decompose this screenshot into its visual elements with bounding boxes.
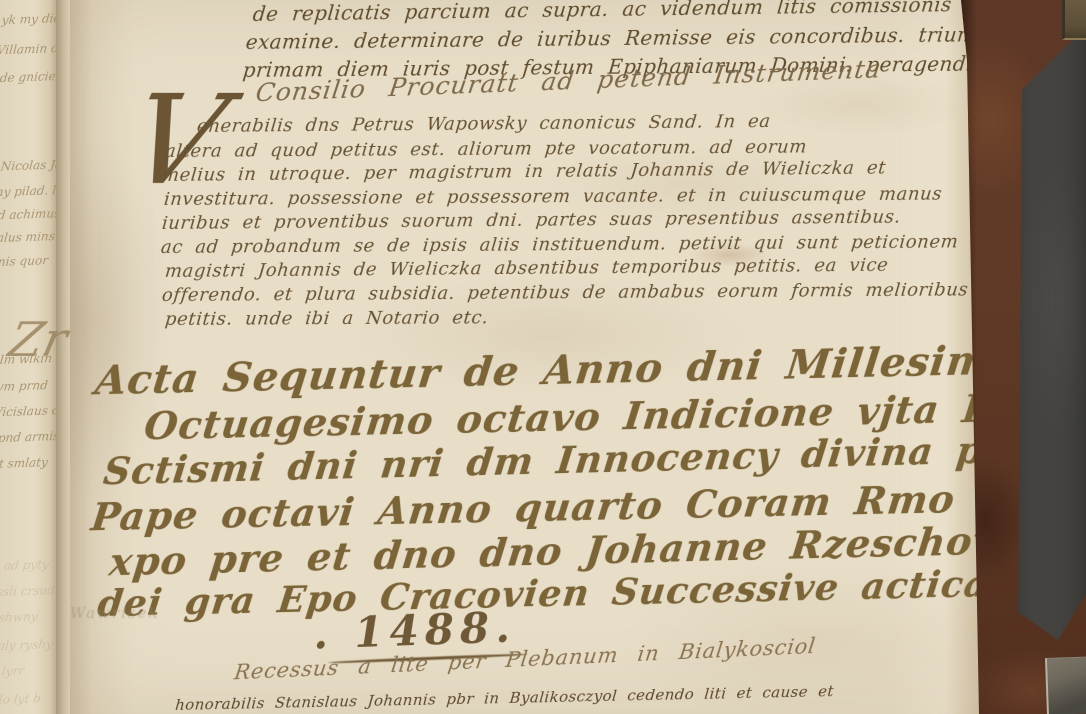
margin-fragment: lyrr <box>1 664 25 679</box>
paragraph-line: altera ad quod petitus est. aliorum pte … <box>164 137 808 162</box>
margin-flourish: Zr <box>4 312 72 368</box>
margin-fragment: Nicolas Jacobi <box>0 156 56 173</box>
margin-fragment: vm prnd <box>0 378 49 394</box>
paragraph-line: melius in utroque. per magistrum in rela… <box>161 157 887 186</box>
margin-fragment: de gnicie <box>0 69 56 85</box>
paragraph-line: offerendo. et plura subsidia. petentibus… <box>161 279 969 306</box>
paragraph-line: enerabilis dns Petrus Wapowsky canonicus… <box>196 111 772 137</box>
margin-fragment: ssli crsud <box>0 583 56 599</box>
margin-fragment: ad pyty <box>3 557 49 573</box>
manuscript-scan: yk my dieb Villamin cy de gnicie Nicolas… <box>0 0 1086 714</box>
margin-fragment: ny pilad. lis <box>0 183 56 199</box>
paragraph-line: petitis. unde ibi a Notario etc. <box>164 307 490 330</box>
paragraph-line: ac ad probandum se de ipsis aliis instit… <box>160 231 959 258</box>
bottom-entry-line: honorabilis Stanislaus Johannis pbr in B… <box>174 682 834 714</box>
margin-fragment: t smlaty <box>0 455 49 471</box>
manuscript-page: de replicatis parcium ac supra. ac viden… <box>70 0 982 714</box>
text-line: examine. determinare de iuribus Remisse … <box>245 21 1068 54</box>
paragraph-line: investitura. possessione et possessorem … <box>163 184 943 210</box>
margin-fragment: d achimus fi <box>0 206 56 223</box>
margin-fragment: lo lyt b <box>0 691 42 706</box>
margin-fragment: Vicislaus ctm <box>0 403 56 420</box>
blind-stamp: Wawrisek <box>70 604 160 622</box>
metal-clasp <box>1045 656 1086 714</box>
margin-fragment: alus mins <box>0 229 56 245</box>
margin-fragment: shwny <box>0 609 38 624</box>
margin-fragment: aly ryshy <box>0 637 54 653</box>
margin-fragment: Villamin cy <box>0 41 56 57</box>
paragraph-line: iuribus et proventibus suorum dni. parte… <box>161 207 902 234</box>
margin-fragment: yk my dieb <box>1 11 56 27</box>
paragraph-line: magistri Johannis de Wieliczka absentibu… <box>164 255 889 282</box>
margin-fragment: pnd armis <box>0 429 56 445</box>
margin-fragment: nis quor <box>0 253 49 269</box>
brass-clasp <box>1062 0 1086 40</box>
